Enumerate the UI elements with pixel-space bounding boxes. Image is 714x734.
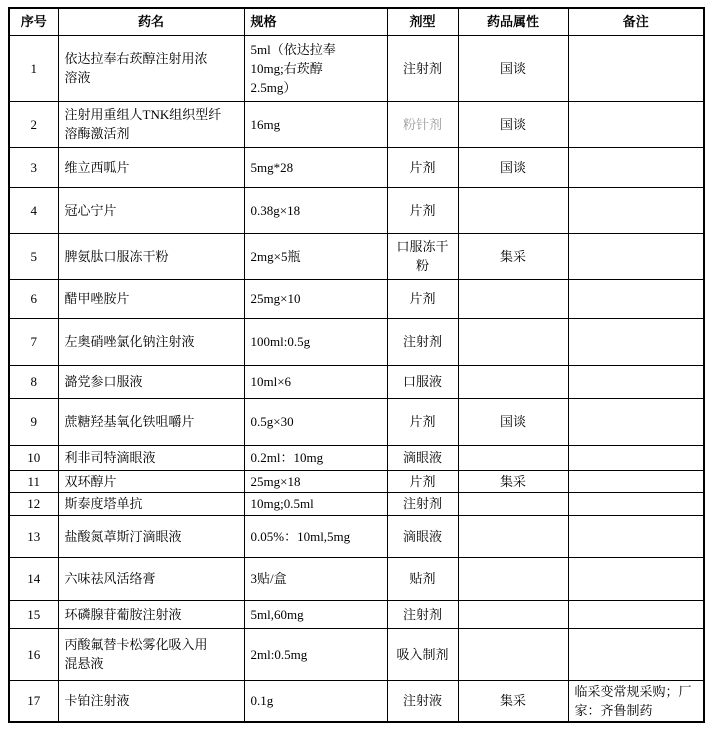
cell-spec: 0.5g×30 bbox=[244, 398, 387, 445]
cell-note bbox=[568, 233, 704, 279]
table-row: 4冠心宁片0.38g×18片剂 bbox=[9, 187, 704, 233]
cell-note bbox=[568, 365, 704, 398]
table-row: 16丙酸氟替卡松雾化吸入用 混悬液2ml:0.5mg吸入制剂 bbox=[9, 628, 704, 680]
table-row: 5脾氨肽口服冻干粉2mg×5瓶口服冻干 粉集采 bbox=[9, 233, 704, 279]
cell-name: 脾氨肽口服冻干粉 bbox=[58, 233, 244, 279]
document-page: 序号药名规格剂型药品属性备注 1依达拉奉右莰醇注射用浓 溶液5ml（依达拉奉 1… bbox=[0, 0, 714, 734]
cell-no: 16 bbox=[9, 628, 58, 680]
cell-no: 12 bbox=[9, 492, 58, 515]
cell-spec: 5ml,60mg bbox=[244, 600, 387, 628]
cell-attr: 国谈 bbox=[458, 147, 568, 187]
cell-note bbox=[568, 557, 704, 600]
cell-spec: 10mg;0.5ml bbox=[244, 492, 387, 515]
cell-form: 吸入制剂 bbox=[387, 628, 458, 680]
cell-form: 注射剂 bbox=[387, 35, 458, 101]
cell-name: 醋甲唑胺片 bbox=[58, 279, 244, 318]
cell-spec: 2mg×5瓶 bbox=[244, 233, 387, 279]
column-header-no: 序号 bbox=[9, 8, 58, 35]
column-header-note: 备注 bbox=[568, 8, 704, 35]
cell-form: 片剂 bbox=[387, 398, 458, 445]
drug-list-table: 序号药名规格剂型药品属性备注 1依达拉奉右莰醇注射用浓 溶液5ml（依达拉奉 1… bbox=[8, 7, 705, 723]
cell-form: 贴剂 bbox=[387, 557, 458, 600]
cell-no: 1 bbox=[9, 35, 58, 101]
cell-name: 冠心宁片 bbox=[58, 187, 244, 233]
cell-attr bbox=[458, 445, 568, 470]
cell-form: 注射剂 bbox=[387, 318, 458, 365]
cell-note bbox=[568, 445, 704, 470]
cell-form: 片剂 bbox=[387, 187, 458, 233]
cell-name: 双环醇片 bbox=[58, 470, 244, 492]
table-row: 11双环醇片25mg×18片剂集采 bbox=[9, 470, 704, 492]
cell-no: 2 bbox=[9, 101, 58, 147]
cell-name: 丙酸氟替卡松雾化吸入用 混悬液 bbox=[58, 628, 244, 680]
table-row: 2注射用重组人TNK组织型纤 溶酶激活剂16mg粉针剂国谈 bbox=[9, 101, 704, 147]
cell-attr bbox=[458, 365, 568, 398]
cell-form: 粉针剂 bbox=[387, 101, 458, 147]
cell-spec: 0.05%：10ml,5mg bbox=[244, 515, 387, 557]
column-header-attr: 药品属性 bbox=[458, 8, 568, 35]
cell-attr: 国谈 bbox=[458, 101, 568, 147]
cell-no: 8 bbox=[9, 365, 58, 398]
cell-spec: 100ml:0.5g bbox=[244, 318, 387, 365]
cell-name: 利非司特滴眼液 bbox=[58, 445, 244, 470]
column-header-spec: 规格 bbox=[244, 8, 387, 35]
table-row: 10利非司特滴眼液0.2ml：10mg滴眼液 bbox=[9, 445, 704, 470]
cell-form: 滴眼液 bbox=[387, 515, 458, 557]
table-header-row: 序号药名规格剂型药品属性备注 bbox=[9, 8, 704, 35]
cell-name: 六味祛风活络膏 bbox=[58, 557, 244, 600]
cell-note bbox=[568, 628, 704, 680]
cell-form: 注射剂 bbox=[387, 600, 458, 628]
cell-spec: 0.2ml：10mg bbox=[244, 445, 387, 470]
cell-form: 片剂 bbox=[387, 470, 458, 492]
cell-no: 17 bbox=[9, 680, 58, 722]
table-row: 3维立西呱片5mg*28片剂国谈 bbox=[9, 147, 704, 187]
cell-note bbox=[568, 492, 704, 515]
cell-attr bbox=[458, 318, 568, 365]
cell-attr bbox=[458, 187, 568, 233]
cell-no: 3 bbox=[9, 147, 58, 187]
table-row: 17卡铂注射液0.1g注射液集采临采变常规采购；厂 家：齐鲁制药 bbox=[9, 680, 704, 722]
table-row: 15环磷腺苷葡胺注射液5ml,60mg注射剂 bbox=[9, 600, 704, 628]
cell-name: 盐酸氮䓬斯汀滴眼液 bbox=[58, 515, 244, 557]
cell-name: 蔗糖羟基氧化铁咀嚼片 bbox=[58, 398, 244, 445]
cell-no: 6 bbox=[9, 279, 58, 318]
cell-attr bbox=[458, 515, 568, 557]
column-header-form: 剂型 bbox=[387, 8, 458, 35]
cell-form: 滴眼液 bbox=[387, 445, 458, 470]
table-row: 14六味祛风活络膏3贴/盒贴剂 bbox=[9, 557, 704, 600]
cell-attr: 国谈 bbox=[458, 35, 568, 101]
cell-form: 注射剂 bbox=[387, 492, 458, 515]
cell-note bbox=[568, 318, 704, 365]
cell-name: 斯泰度塔单抗 bbox=[58, 492, 244, 515]
cell-note bbox=[568, 187, 704, 233]
cell-note bbox=[568, 147, 704, 187]
cell-note bbox=[568, 515, 704, 557]
cell-spec: 10ml×6 bbox=[244, 365, 387, 398]
cell-note bbox=[568, 470, 704, 492]
cell-attr bbox=[458, 628, 568, 680]
cell-form: 注射液 bbox=[387, 680, 458, 722]
cell-name: 依达拉奉右莰醇注射用浓 溶液 bbox=[58, 35, 244, 101]
cell-attr bbox=[458, 279, 568, 318]
cell-no: 11 bbox=[9, 470, 58, 492]
cell-attr bbox=[458, 557, 568, 600]
cell-name: 卡铂注射液 bbox=[58, 680, 244, 722]
table-row: 8潞党参口服液10ml×6口服液 bbox=[9, 365, 704, 398]
cell-attr: 国谈 bbox=[458, 398, 568, 445]
cell-no: 4 bbox=[9, 187, 58, 233]
cell-no: 5 bbox=[9, 233, 58, 279]
cell-no: 14 bbox=[9, 557, 58, 600]
cell-attr: 集采 bbox=[458, 233, 568, 279]
cell-spec: 16mg bbox=[244, 101, 387, 147]
cell-no: 9 bbox=[9, 398, 58, 445]
cell-no: 7 bbox=[9, 318, 58, 365]
table-row: 1依达拉奉右莰醇注射用浓 溶液5ml（依达拉奉 10mg;右莰醇 2.5mg）注… bbox=[9, 35, 704, 101]
cell-form: 片剂 bbox=[387, 147, 458, 187]
cell-note bbox=[568, 279, 704, 318]
cell-spec: 0.38g×18 bbox=[244, 187, 387, 233]
cell-spec: 0.1g bbox=[244, 680, 387, 722]
cell-note: 临采变常规采购；厂 家：齐鲁制药 bbox=[568, 680, 704, 722]
cell-spec: 3贴/盒 bbox=[244, 557, 387, 600]
cell-spec: 25mg×10 bbox=[244, 279, 387, 318]
cell-form: 片剂 bbox=[387, 279, 458, 318]
cell-name: 左奥硝唑氯化钠注射液 bbox=[58, 318, 244, 365]
cell-name: 环磷腺苷葡胺注射液 bbox=[58, 600, 244, 628]
table-row: 6醋甲唑胺片25mg×10片剂 bbox=[9, 279, 704, 318]
cell-attr: 集采 bbox=[458, 470, 568, 492]
cell-no: 15 bbox=[9, 600, 58, 628]
cell-note bbox=[568, 101, 704, 147]
cell-name: 注射用重组人TNK组织型纤 溶酶激活剂 bbox=[58, 101, 244, 147]
cell-spec: 5ml（依达拉奉 10mg;右莰醇 2.5mg） bbox=[244, 35, 387, 101]
table-row: 7左奥硝唑氯化钠注射液100ml:0.5g注射剂 bbox=[9, 318, 704, 365]
cell-form: 口服冻干 粉 bbox=[387, 233, 458, 279]
cell-attr: 集采 bbox=[458, 680, 568, 722]
column-header-name: 药名 bbox=[58, 8, 244, 35]
cell-attr bbox=[458, 600, 568, 628]
cell-attr bbox=[458, 492, 568, 515]
cell-name: 维立西呱片 bbox=[58, 147, 244, 187]
cell-note bbox=[568, 35, 704, 101]
cell-name: 潞党参口服液 bbox=[58, 365, 244, 398]
cell-note bbox=[568, 398, 704, 445]
cell-no: 10 bbox=[9, 445, 58, 470]
cell-spec: 2ml:0.5mg bbox=[244, 628, 387, 680]
table-row: 9蔗糖羟基氧化铁咀嚼片0.5g×30片剂国谈 bbox=[9, 398, 704, 445]
table-row: 12斯泰度塔单抗10mg;0.5ml注射剂 bbox=[9, 492, 704, 515]
cell-spec: 5mg*28 bbox=[244, 147, 387, 187]
table-row: 13盐酸氮䓬斯汀滴眼液0.05%：10ml,5mg滴眼液 bbox=[9, 515, 704, 557]
cell-spec: 25mg×18 bbox=[244, 470, 387, 492]
cell-note bbox=[568, 600, 704, 628]
cell-no: 13 bbox=[9, 515, 58, 557]
cell-form: 口服液 bbox=[387, 365, 458, 398]
